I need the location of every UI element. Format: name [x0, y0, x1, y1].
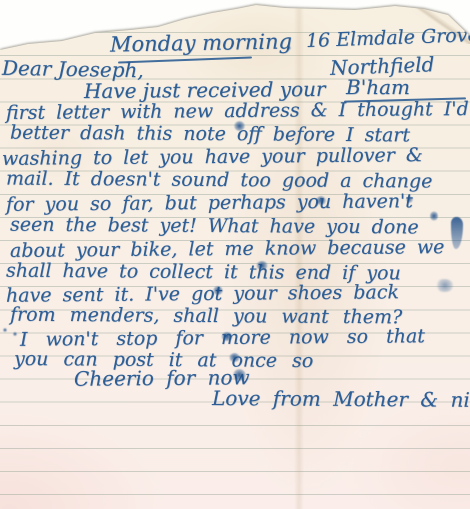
- body-line-7: about your bike, let me know because we: [10, 238, 445, 262]
- scanned-letter-page: Monday morning 16 Elmdale Grove Northfie…: [0, 0, 470, 509]
- ink-blot: [213, 286, 223, 295]
- ink-dot: [3, 328, 7, 332]
- date-line: Monday morning: [110, 30, 292, 55]
- salutation: Dear Joeseph,: [2, 58, 144, 81]
- ink-blot: [430, 211, 438, 221]
- body-line-3: washing to let you have your pullover &: [2, 146, 423, 170]
- signature-line: Love from Mother & nibs .: [212, 388, 470, 411]
- ink-blot: [256, 261, 268, 270]
- ink-blot: [221, 332, 233, 341]
- body-line-6: seen the best yet! What have you done: [10, 216, 419, 239]
- letter-paper: Monday morning 16 Elmdale Grove Northfie…: [0, 0, 470, 509]
- body-line-4: mail. It doesn't sound too good a change: [6, 170, 433, 193]
- ink-smudge: [436, 279, 454, 292]
- ink-dot: [406, 196, 413, 203]
- ink-dot: [287, 46, 291, 50]
- ink-dot: [13, 332, 17, 336]
- address-line-3: B'ham: [346, 77, 410, 98]
- body-line-2: better dash this note off before I start: [10, 124, 410, 147]
- paper-shadow: Monday morning 16 Elmdale Grove Northfie…: [0, 0, 470, 509]
- ink-scribble: [233, 369, 246, 381]
- ink-blot: [229, 353, 240, 362]
- address-line-1: 16 Elmdale Grove: [306, 26, 470, 52]
- ink-blot: [234, 121, 245, 131]
- ink-smear: [451, 217, 463, 249]
- body-line-10: from menders, shall you want them?: [10, 306, 402, 329]
- body-line-5: for you so far, but perhaps you haven't: [6, 192, 413, 215]
- ink-blot: [316, 196, 326, 205]
